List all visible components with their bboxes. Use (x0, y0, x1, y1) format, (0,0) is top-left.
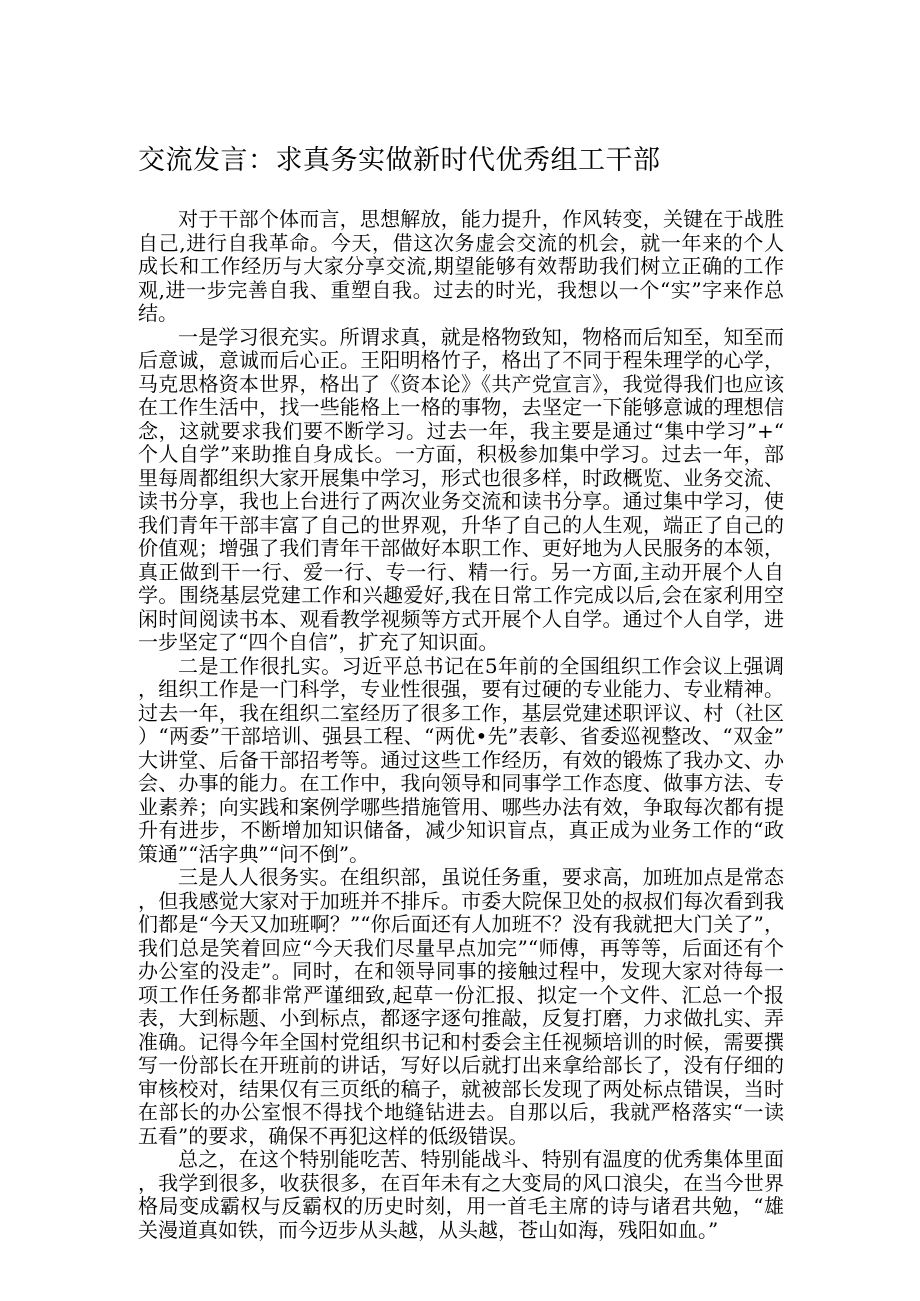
paragraph-conclusion: 总之，在这个特别能吃苦、特别能战斗、特别有温度的优秀集体里面，我学到很多，收获很… (138, 1148, 784, 1242)
paragraph-people-pragmatic: 三是人人很务实。在组织部，虽说任务重，要求高，加班加点是常态，但我感觉大家对于加… (138, 866, 784, 1148)
document-page: 交流发言：求真务实做新时代优秀组工干部 对于干部个体而言，思想解放，能力提升，作… (0, 0, 920, 1301)
paragraph-study-fulfilling: 一是学习很充实。所谓求真，就是格物致知，物格而后知至，知至而后意诚，意诚而后心正… (138, 326, 784, 655)
paragraph-intro: 对于干部个体而言，思想解放，能力提升，作风转变，关键在于战胜自己,进行自我革命。… (138, 208, 784, 326)
paragraph-work-solid: 二是工作很扎实。习近平总书记在5年前的全国组织工作会议上强调，组织工作是一门科学… (138, 655, 784, 867)
document-title: 交流发言：求真务实做新时代优秀组工干部 (138, 146, 784, 176)
